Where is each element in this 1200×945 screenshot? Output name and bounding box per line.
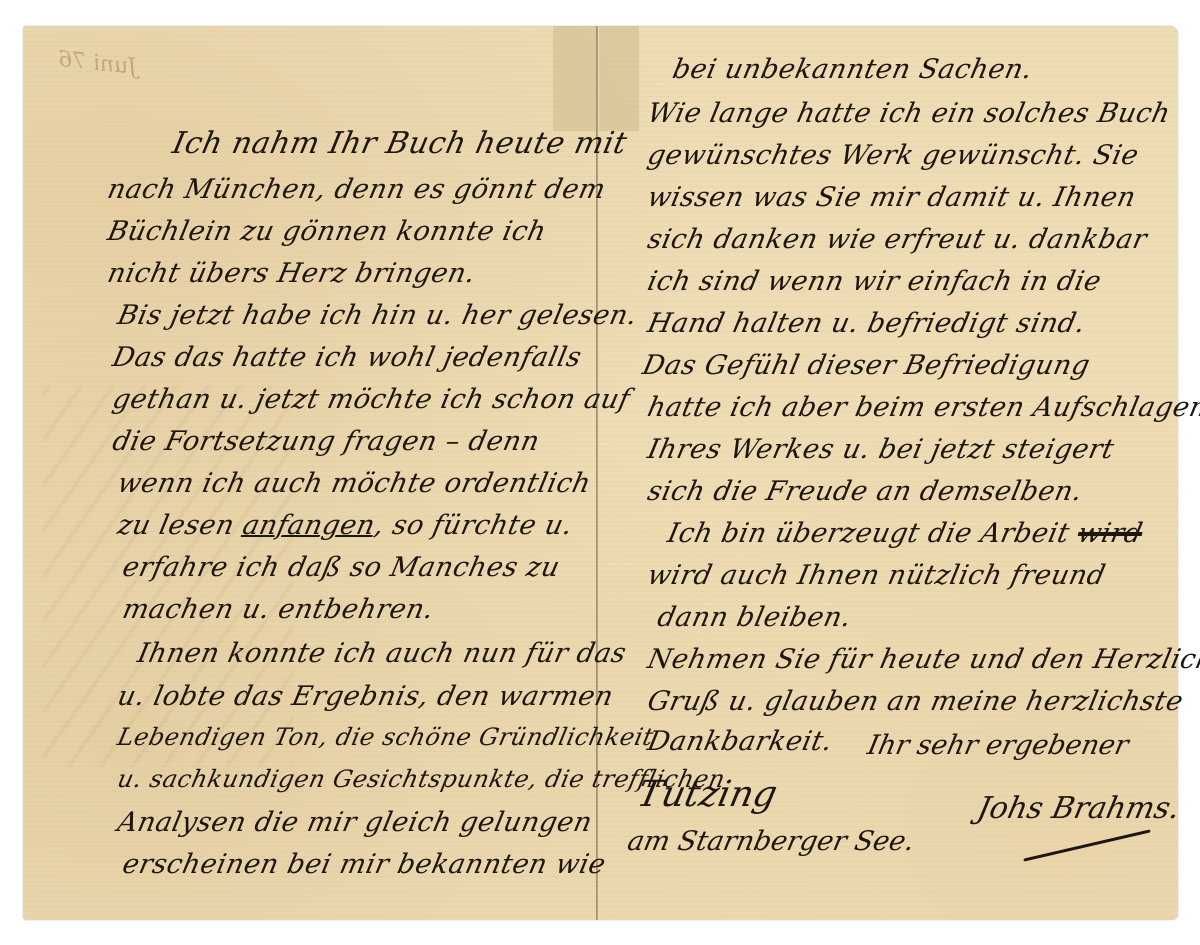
place-detail: am Starnberger See. xyxy=(625,826,918,857)
letter-scan: Juni 76 Ich nahm Ihr Buch heute mit nach… xyxy=(0,0,1200,945)
letter-line: dann bleiben. xyxy=(655,602,855,633)
letter-line: Gruß u. glauben an meine herzlichste xyxy=(645,686,1186,717)
letter-line: Ihres Werkes u. bei jetzt steigert xyxy=(645,434,1117,465)
letter-line: wenn ich auch möchte ordentlich xyxy=(115,468,594,499)
letter-line: gethan u. jetzt möchte ich schon auf xyxy=(110,384,633,415)
underlined-word: anfangen xyxy=(240,510,378,541)
letter-line: Nehmen Sie für heute und den Herzlich xyxy=(645,644,1200,675)
letter-line-with-underline: zu lesen anfangen, so fürchte u. xyxy=(115,510,576,541)
letter-line: machen u. entbehren. xyxy=(120,594,437,625)
paper-sheet: Juni 76 Ich nahm Ihr Buch heute mit nach… xyxy=(23,26,1178,920)
letter-line: u. lobte das Ergebnis, den warmen xyxy=(115,681,617,712)
letter-line: Wie lange hatte ich ein solches Buch xyxy=(645,98,1174,129)
signature-flourish xyxy=(1023,829,1150,861)
letter-line: erscheinen bei mir bekannten wie xyxy=(120,849,609,880)
letter-line: Lebendigen Ton, die schöne Gründlichkeit xyxy=(115,723,656,751)
letter-line: ich sind wenn wir einfach in die xyxy=(645,266,1104,297)
letter-line: sich danken wie erfreut u. dankbar xyxy=(645,224,1150,255)
letter-line-with-strike: Ich bin überzeugt die Arbeit wird xyxy=(665,518,1146,549)
letter-line: erfahre ich daß so Manches zu xyxy=(120,552,563,583)
letter-line: nicht übers Herz bringen. xyxy=(105,258,479,289)
letter-line: Das das hatte ich wohl jedenfalls xyxy=(110,342,585,373)
letter-line: nach München, denn es gönnt dem xyxy=(105,174,609,205)
letter-line: Das Gefühl dieser Befriedigung xyxy=(640,350,1093,381)
letter-line: wissen was Sie mir damit u. Ihnen xyxy=(645,182,1139,213)
letter-line: hatte ich aber beim ersten Aufschlagen xyxy=(645,392,1200,423)
letter-line: Ihnen konnte ich auch nun für das xyxy=(135,638,629,669)
left-page: Juni 76 Ich nahm Ihr Buch heute mit nach… xyxy=(23,26,596,920)
line-text: Ich bin überzeugt die Arbeit xyxy=(665,518,1073,549)
place-name: Tutzing xyxy=(634,774,781,815)
signature: Johs Brahms. xyxy=(974,791,1183,826)
letter-line: bei unbekannten Sachen. xyxy=(670,54,1036,85)
bleed-through-corner-text: Juni 76 xyxy=(57,47,138,80)
letter-line: sich die Freude an demselben. xyxy=(645,476,1086,507)
closing-salutation: Ihr sehr ergebener xyxy=(865,730,1132,761)
letter-line: gewünschtes Werk gewünscht. Sie xyxy=(645,140,1142,171)
letter-line: Dankbarkeit. xyxy=(645,726,836,757)
line-text-after: , so fürchte u. xyxy=(371,510,575,541)
line-text-before: zu lesen xyxy=(115,510,247,541)
letter-line: die Fortsetzung fragen – denn xyxy=(110,426,543,457)
letter-line: Ich nahm Ihr Buch heute mit xyxy=(169,126,630,161)
letter-line: Büchlein zu gönnen konnte ich xyxy=(105,216,549,247)
right-page: bei unbekannten Sachen. Wie lange hatte … xyxy=(598,26,1178,920)
struck-word: wird xyxy=(1075,518,1146,549)
letter-line: Bis jetzt habe ich hin u. her gelesen. xyxy=(115,300,641,331)
letter-line: Analysen die mir gleich gelungen xyxy=(115,807,595,838)
letter-line: Hand halten u. befriedigt sind. xyxy=(645,308,1089,339)
letter-line: wird auch Ihnen nützlich freund xyxy=(645,560,1109,591)
